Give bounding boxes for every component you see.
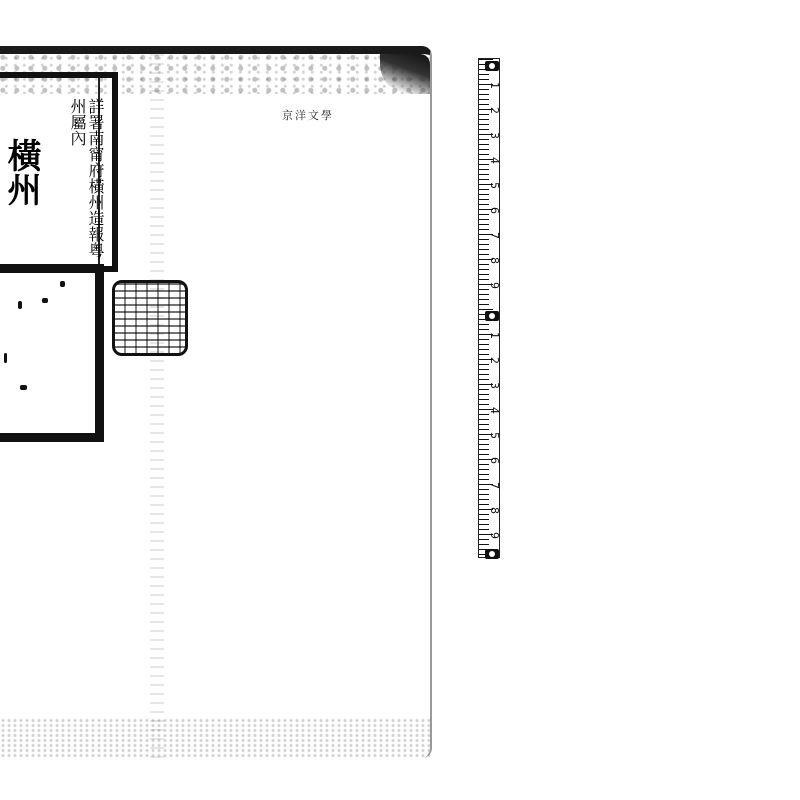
ruler-tick-label: 2 (488, 107, 501, 114)
page-corner-wear (380, 54, 430, 94)
ruler-end-marker (485, 549, 499, 559)
ruler-tick-label: 8 (488, 507, 501, 514)
ruler-segment-marker (485, 61, 499, 71)
ink-speck (4, 353, 7, 363)
ruler-tick-label: 3 (488, 132, 501, 139)
title-subtitle-text: 詳署南甯府橫州造報粵州屬內 (68, 98, 104, 266)
ruler-tick-label: 1 (488, 332, 501, 339)
ruler-tick-label: 8 (488, 257, 501, 264)
ruler-tick-label: 4 (488, 407, 501, 414)
page-edge-dirt (0, 718, 430, 758)
ruler-tick-label: 1 (488, 82, 501, 89)
page-fold-line (150, 54, 164, 758)
library-stamp-text: 京洋文學 (282, 107, 334, 123)
ruler-tick-label: 2 (488, 357, 501, 364)
ink-speck (18, 301, 22, 309)
ruler-tick-label: 9 (488, 282, 501, 289)
ruler-tick-label: 6 (488, 207, 501, 214)
official-seal-stamp (112, 280, 188, 356)
ruler-tick-label: 7 (488, 482, 501, 489)
measurement-scale-ruler: 123456789123456789 (478, 58, 500, 558)
ruler-tick-label: 5 (488, 182, 501, 189)
ink-speck (20, 385, 27, 390)
ruler-tick-label: 9 (488, 532, 501, 539)
ruler-tick-label: 3 (488, 382, 501, 389)
ruler-tick-label: 4 (488, 157, 501, 164)
manuscript-page: 橫州 詳署南甯府橫州造報粵州屬內 京洋文學 (0, 46, 432, 758)
ruler-tick-label: 5 (488, 432, 501, 439)
lower-label-frame (0, 264, 104, 442)
ruler-tick-label: 6 (488, 457, 501, 464)
ruler-tick-label: 7 (488, 232, 501, 239)
ruler-segment-marker (485, 311, 499, 321)
title-large-text: 橫州 (0, 138, 44, 206)
title-label-box: 橫州 詳署南甯府橫州造報粵州屬內 (0, 72, 118, 272)
ink-speck (42, 298, 48, 303)
ink-speck (60, 281, 65, 287)
